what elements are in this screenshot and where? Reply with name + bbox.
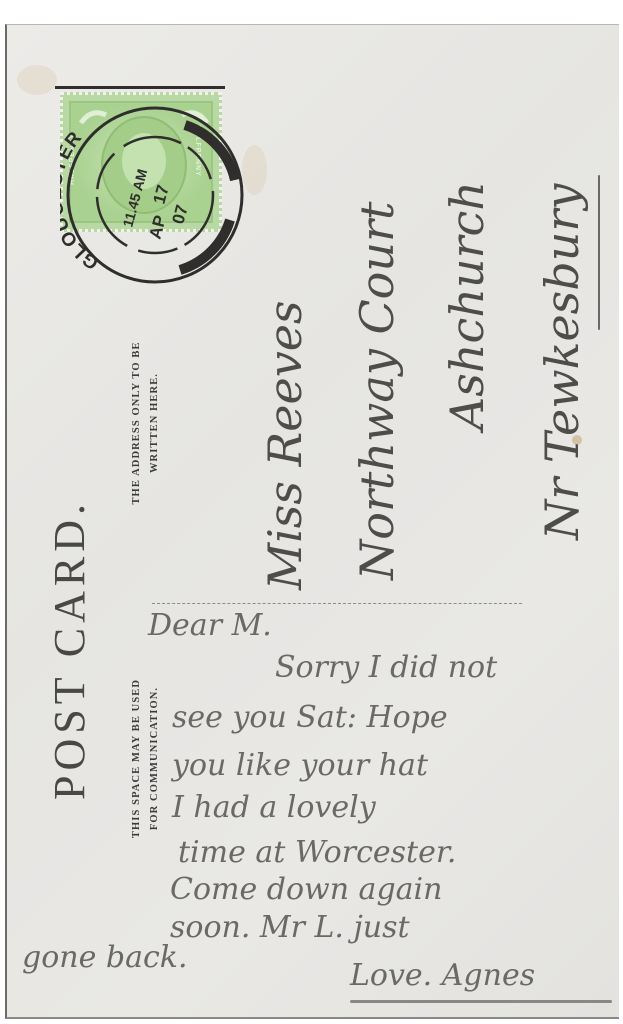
address-line-village: Ashchurch bbox=[440, 181, 494, 430]
post-card-title: POST CARD. bbox=[44, 499, 95, 800]
message-line: time at Worcester. bbox=[178, 835, 456, 870]
message-line: soon. Mr L. just bbox=[170, 910, 410, 945]
message-line: see you Sat: Hope bbox=[172, 700, 448, 735]
age-stain bbox=[17, 65, 57, 95]
postmark-time: 11.45 AM bbox=[119, 167, 150, 229]
postmark-circle-icon: GLOUCESTER 11.45 AM AP 17 07 bbox=[60, 100, 250, 290]
message-line: you like your hat bbox=[172, 748, 428, 783]
signature-underline bbox=[350, 1000, 612, 1003]
address-line-street: Northway Court bbox=[350, 202, 404, 580]
message-line: Dear M. bbox=[148, 608, 272, 643]
message-line: gone back. bbox=[22, 940, 187, 975]
stamp-top-bar bbox=[55, 86, 225, 89]
communication-instruction-line1: THIS SPACE MAY BE USED bbox=[128, 601, 146, 916]
address-instruction: THE ADDRESS ONLY TO BE WRITTEN HERE. bbox=[128, 278, 164, 568]
postmark-day: 17 bbox=[150, 183, 173, 206]
message-line: Sorry I did not bbox=[275, 650, 497, 685]
message-line: I had a lovely bbox=[172, 790, 376, 825]
message-line: Come down again bbox=[170, 872, 442, 907]
postmark-year: 07 bbox=[169, 203, 192, 226]
divider-line bbox=[152, 603, 522, 604]
communication-instruction: THIS SPACE MAY BE USED FOR COMMUNICATION… bbox=[128, 601, 164, 916]
signature: Love. Agnes bbox=[350, 958, 535, 993]
postmark-month: AP bbox=[146, 213, 170, 241]
address-underline bbox=[598, 175, 600, 330]
postmark: GLOUCESTER 11.45 AM AP 17 07 bbox=[60, 100, 250, 290]
address-line-name: Miss Reeves bbox=[258, 300, 312, 590]
communication-instruction-line2: FOR COMMUNICATION. bbox=[146, 601, 164, 916]
address-instruction-line1: THE ADDRESS ONLY TO BE bbox=[128, 278, 146, 568]
address-instruction-line2: WRITTEN HERE. bbox=[146, 278, 164, 568]
address-line-town: Nr Tewkesbury bbox=[535, 184, 589, 540]
